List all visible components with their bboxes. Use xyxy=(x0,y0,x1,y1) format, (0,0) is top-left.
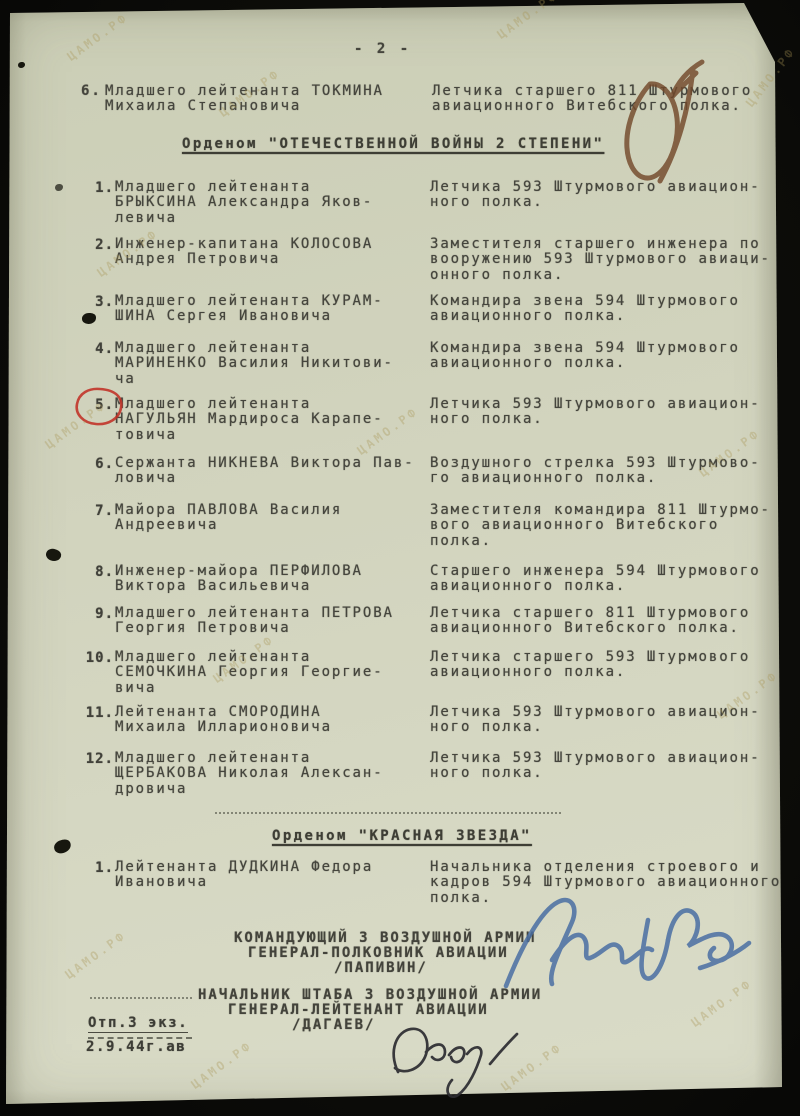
entry-name: Лейтенанта ДУДКИНА Федора Ивановича xyxy=(115,860,433,891)
chief-name-line: /ДАГАЕВ/ xyxy=(292,1018,375,1033)
dotted-separator xyxy=(215,812,561,814)
commander-name-line: /ПАПИВИН/ xyxy=(334,961,428,976)
date-note: 2.9.44г.ав xyxy=(86,1040,186,1056)
entry-number: 1. xyxy=(70,860,114,876)
entry-role: Начальника отделения строевого и кадров … xyxy=(430,860,782,906)
scanned-document-screenshot: { "page": { "number_label": "- 2 -", "wa… xyxy=(0,0,800,1116)
dotted-separator xyxy=(90,997,192,999)
paper-speck xyxy=(55,184,63,191)
copies-note: Отп.3 экз. xyxy=(88,1016,188,1033)
paper-speck xyxy=(18,62,25,68)
paper-speck xyxy=(44,547,62,563)
document-page: - 2 - 6. Младшего лейтенанта ТОКМИНА Мих… xyxy=(0,0,800,1116)
